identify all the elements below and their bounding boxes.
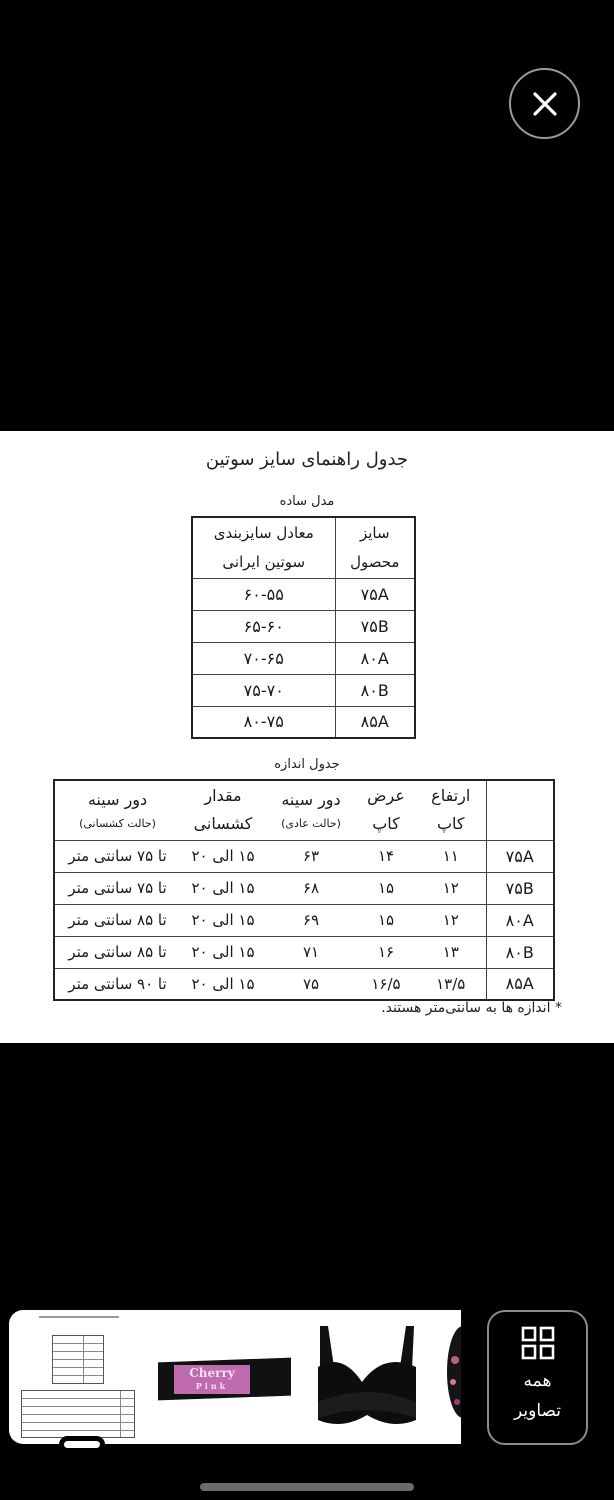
stretch-cell: ۱۵ الی ۲۰ [180, 936, 266, 968]
image-viewer: جدول راهنمای سایز سوتین مدل ساده سایز مح… [0, 0, 614, 1500]
stretch-cell: ۱۵ الی ۲۰ [180, 968, 266, 1000]
bust-stretch-cell: تا ۸۵ سانتی متر [54, 936, 180, 968]
cup-height-cell: ۱۳ [416, 936, 486, 968]
size-cell: ۷۵A [486, 840, 554, 872]
size-chart-thumbnail[interactable] [9, 1310, 147, 1444]
table-row: ۸۰A ۷۰-۶۵ [192, 642, 415, 674]
bust-normal-cell: ۶۹ [266, 904, 356, 936]
header-cup-height: ارتفاع کاپ [416, 780, 486, 840]
cup-width-cell: ۱۴ [356, 840, 416, 872]
iranian-cell: ۶۵-۶۰ [192, 610, 335, 642]
simple-table-label: مدل ساده [0, 494, 614, 509]
cup-width-cell: ۱۶/۵ [356, 968, 416, 1000]
floral-bra-thumbnail[interactable] [437, 1310, 461, 1444]
size-cell: ۸۰A [335, 642, 415, 674]
size-cell: ۸۵A [486, 968, 554, 1000]
table-row: ۸۰A ۱۲ ۱۵ ۶۹ ۱۵ الی ۲۰ تا ۸۵ سانتی متر [54, 904, 554, 936]
bust-normal-cell: ۷۵ [266, 968, 356, 1000]
iranian-cell: ۷۵-۷۰ [192, 674, 335, 706]
header-product-size: سایز محصول [335, 517, 415, 578]
cup-height-cell: ۱۱ [416, 840, 486, 872]
header-bust-normal: دور سینه (حالت عادی) [266, 780, 356, 840]
size-cell: ۷۵A [335, 578, 415, 610]
bra-image [312, 1322, 422, 1437]
size-table-label: جدول اندازه [0, 757, 614, 772]
size-cell: ۸۰B [486, 936, 554, 968]
size-cell: ۸۰A [486, 904, 554, 936]
brand-label: Cherry Pink [174, 1365, 250, 1394]
iranian-cell: ۷۰-۶۵ [192, 642, 335, 674]
grid-icon [521, 1326, 555, 1360]
header-stretch-amount: مقدار کشسانی [180, 780, 266, 840]
stretch-cell: ۱۵ الی ۲۰ [180, 872, 266, 904]
table-row: ۸۵A ۱۳/۵ ۱۶/۵ ۷۵ ۱۵ الی ۲۰ تا ۹۰ سانتی م… [54, 968, 554, 1000]
selected-indicator [59, 1436, 105, 1453]
thumbnail-strip[interactable]: Cherry Pink [9, 1310, 461, 1444]
size-cell: ۸۰B [335, 674, 415, 706]
table-row: ۸۰B ۱۳ ۱۶ ۷۱ ۱۵ الی ۲۰ تا ۸۵ سانتی متر [54, 936, 554, 968]
size-cell: ۸۵A [335, 706, 415, 738]
bust-stretch-cell: تا ۷۵ سانتی متر [54, 840, 180, 872]
bust-stretch-cell: تا ۸۵ سانتی متر [54, 904, 180, 936]
iranian-cell: ۶۰-۵۵ [192, 578, 335, 610]
table-row: ۷۵A ۶۰-۵۵ [192, 578, 415, 610]
chart-title: جدول راهنمای سایز سوتین [0, 449, 614, 470]
table-row: ۸۰B ۷۵-۷۰ [192, 674, 415, 706]
cup-height-cell: ۱۲ [416, 872, 486, 904]
table-header-row: ارتفاع کاپ عرض کاپ دور سینه (حالت عادی) … [54, 780, 554, 840]
table-row: ۸۵A ۸۰-۷۵ [192, 706, 415, 738]
close-button[interactable] [509, 68, 580, 139]
header-iranian-equivalent: معادل سایزبندی سوتین ایرانی [192, 517, 335, 578]
measurement-table: ارتفاع کاپ عرض کاپ دور سینه (حالت عادی) … [53, 779, 555, 1001]
cup-width-cell: ۱۵ [356, 904, 416, 936]
cup-width-cell: ۱۵ [356, 872, 416, 904]
mini-simple-table [52, 1335, 104, 1384]
header-size [486, 780, 554, 840]
home-indicator[interactable] [200, 1483, 414, 1491]
table-row: ۷۵B ۱۲ ۱۵ ۶۸ ۱۵ الی ۲۰ تا ۷۵ سانتی متر [54, 872, 554, 904]
floral-image [437, 1310, 461, 1444]
cup-height-cell: ۱۲ [416, 904, 486, 936]
table-header-row: سایز محصول معادل سایزبندی سوتین ایرانی [192, 517, 415, 578]
header-cup-width: عرض کاپ [356, 780, 416, 840]
table-row: ۷۵A ۱۱ ۱۴ ۶۳ ۱۵ الی ۲۰ تا ۷۵ سانتی متر [54, 840, 554, 872]
size-cell: ۷۵B [335, 610, 415, 642]
iranian-cell: ۸۰-۷۵ [192, 706, 335, 738]
bust-stretch-cell: تا ۹۰ سانتی متر [54, 968, 180, 1000]
all-photos-label: همه تصاویر [489, 1366, 586, 1426]
stretch-cell: ۱۵ الی ۲۰ [180, 904, 266, 936]
mini-title [39, 1316, 119, 1318]
bust-normal-cell: ۶۸ [266, 872, 356, 904]
cup-width-cell: ۱۶ [356, 936, 416, 968]
cup-height-cell: ۱۳/۵ [416, 968, 486, 1000]
all-photos-button[interactable]: همه تصاویر [487, 1310, 588, 1445]
size-chart-image[interactable]: جدول راهنمای سایز سوتین مدل ساده سایز مح… [0, 431, 614, 1043]
bust-stretch-cell: تا ۷۵ سانتی متر [54, 872, 180, 904]
size-cell: ۷۵B [486, 872, 554, 904]
stretch-cell: ۱۵ الی ۲۰ [180, 840, 266, 872]
bust-normal-cell: ۶۳ [266, 840, 356, 872]
black-bra-thumbnail[interactable] [292, 1310, 437, 1444]
bust-normal-cell: ۷۱ [266, 936, 356, 968]
table-row: ۷۵B ۶۵-۶۰ [192, 610, 415, 642]
header-bust-stretch: دور سینه (حالت کشسانی) [54, 780, 180, 840]
close-icon [532, 91, 558, 117]
units-note: * اندازه ها به سانتی‌متر هستند. [300, 1000, 562, 1016]
mini-size-table [21, 1390, 135, 1438]
band-label-thumbnail[interactable]: Cherry Pink [147, 1310, 292, 1444]
simple-size-table: سایز محصول معادل سایزبندی سوتین ایرانی ۷… [191, 516, 416, 739]
